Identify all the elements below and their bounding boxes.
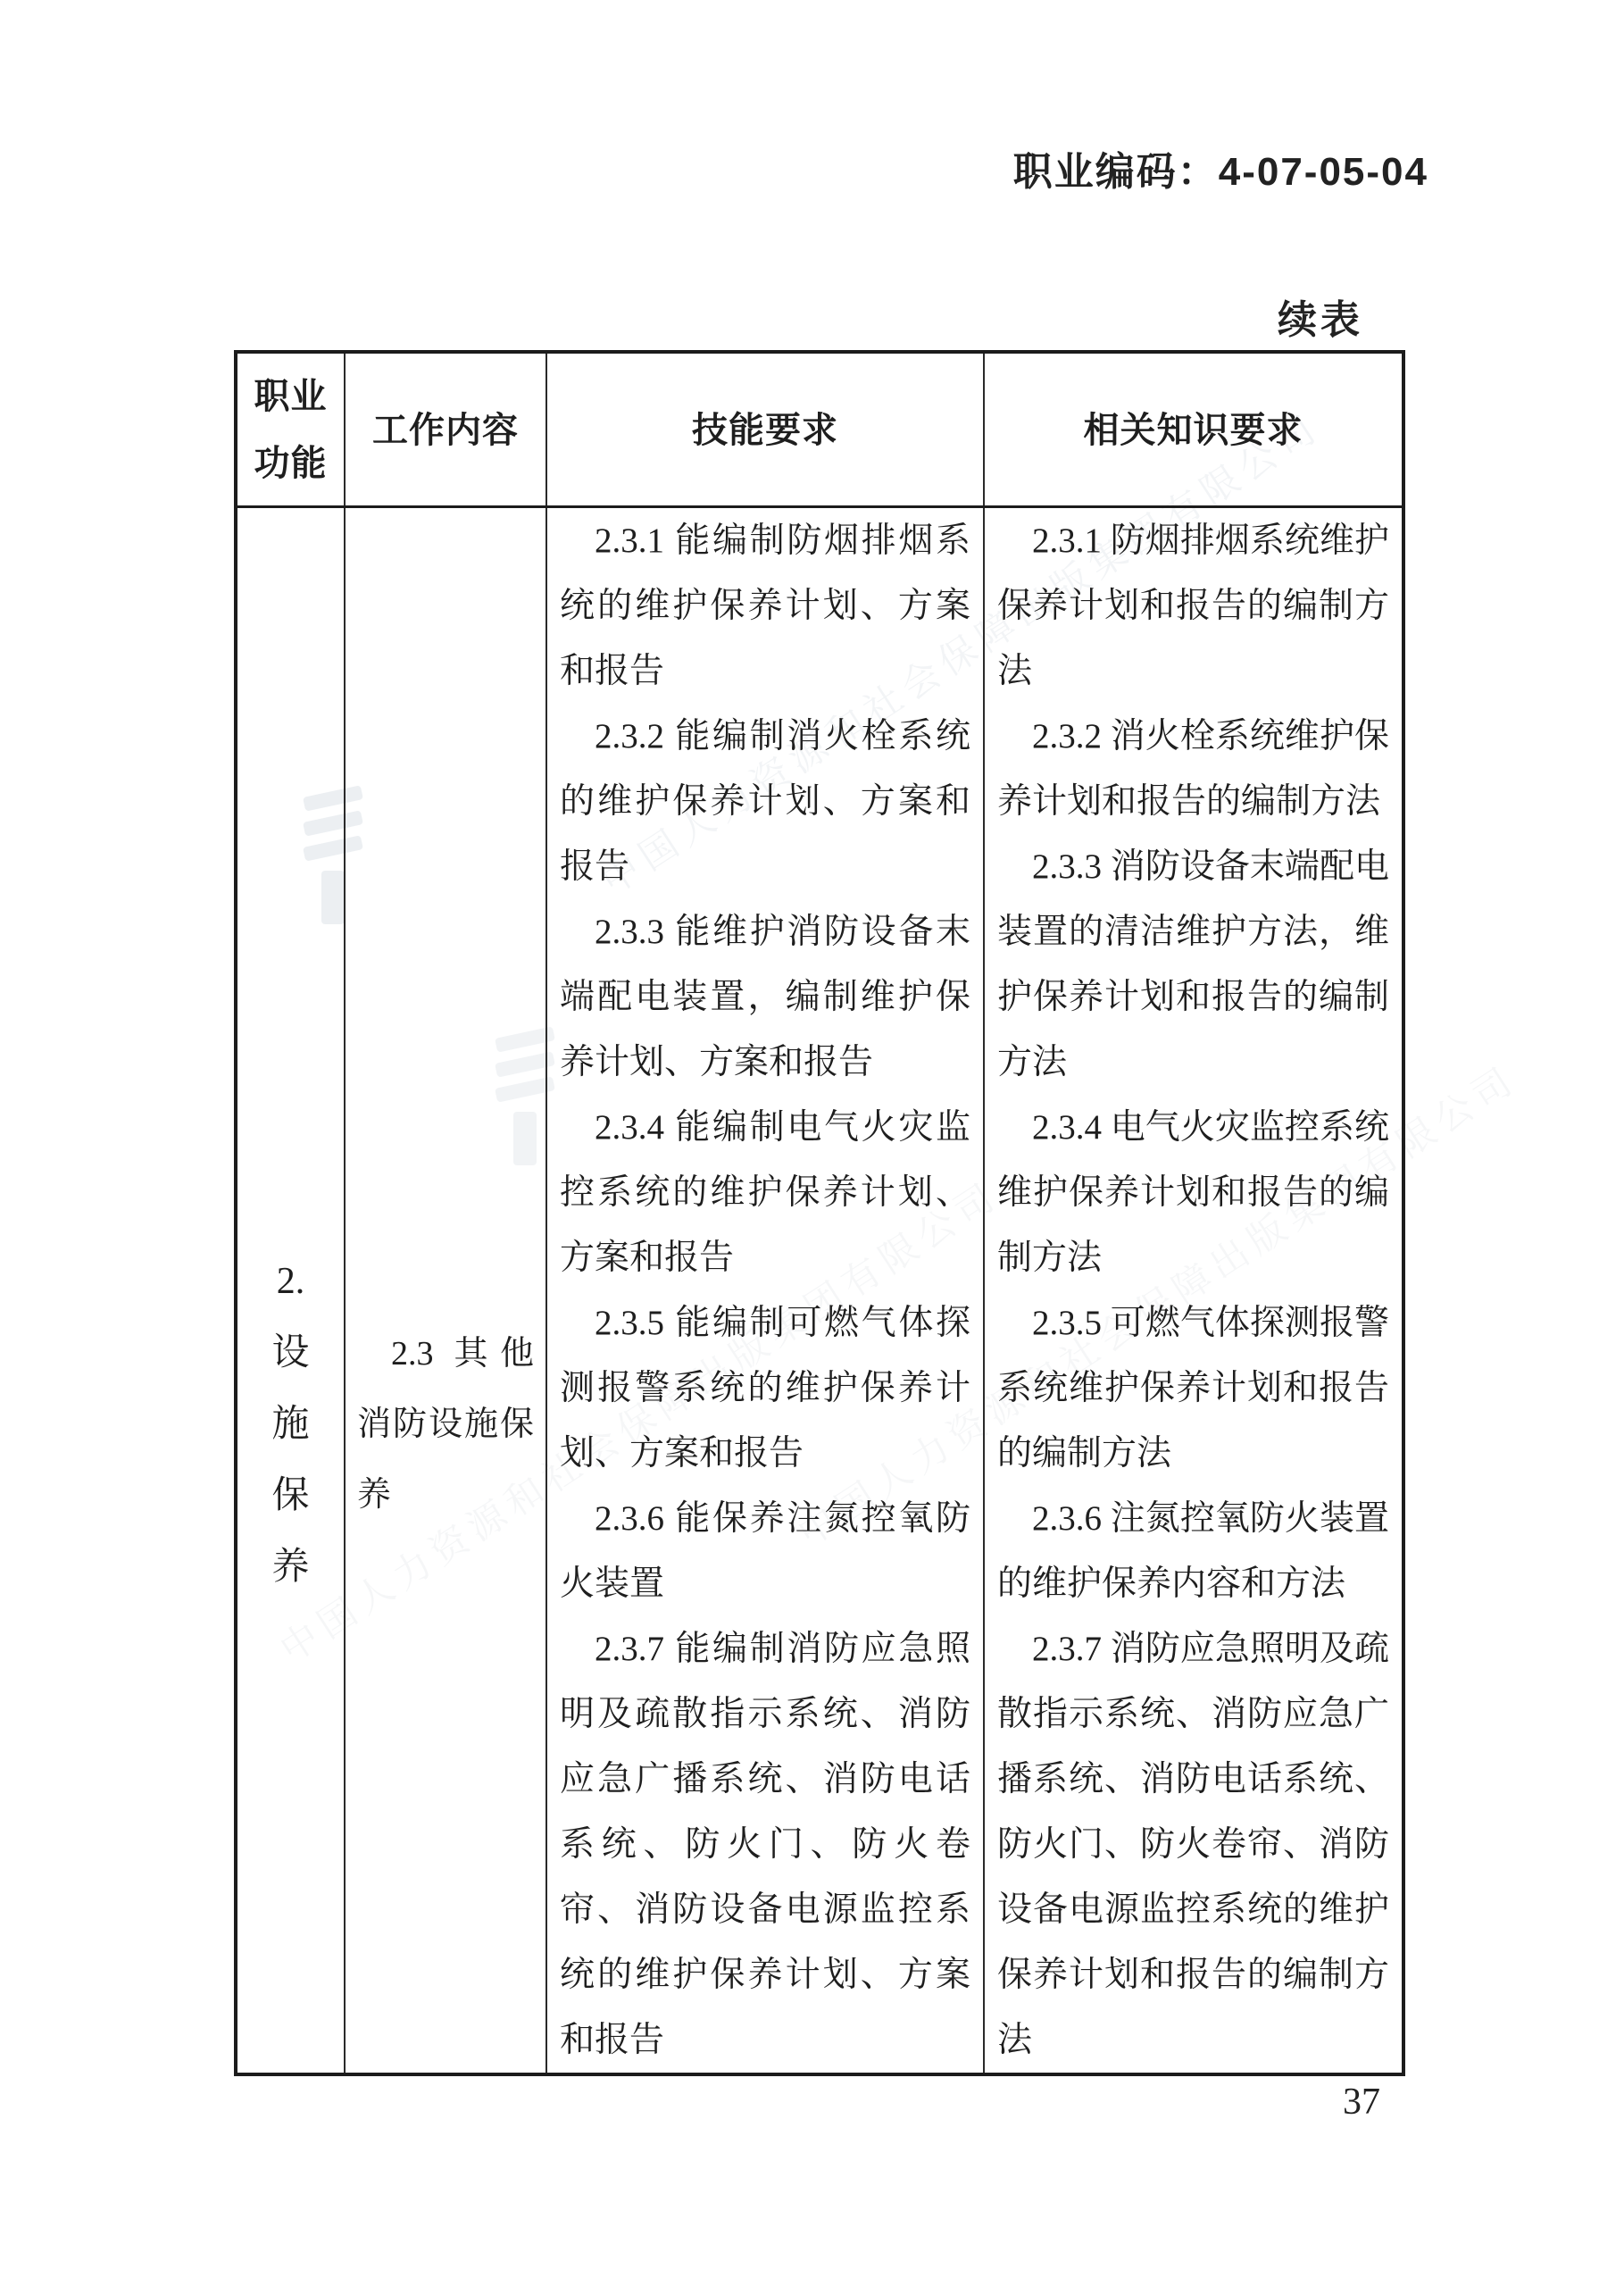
header-skill-requirements: 技能要求 [546, 352, 984, 507]
skills-cell: 2.3.1 能编制防烟排烟系统的维护保养计划、方案和报告 2.3.2 能编制消火… [546, 507, 984, 2075]
skill-item: 2.3.3 能维护消防设备末端配电装置，编制维护保养计划、方案和报告 [547, 899, 983, 1095]
header-work-content: 工作内容 [345, 352, 546, 507]
table-row: 2. 设 施 保 养 2.3 其他消防设施保养 2.3.1 能编制防烟排烟系统的… [236, 507, 1403, 2075]
knowledge-item: 2.3.7 消防应急照明及疏散指示系统、消防应急广播系统、消防电话系统、防火门、… [985, 1616, 1402, 2073]
header-knowledge-requirements: 相关知识要求 [984, 352, 1403, 507]
function-label: 2. 设 施 保 养 [237, 1246, 344, 1603]
knowledge-item: 2.3.5 可燃气体探测报警系统维护保养计划和报告的编制方法 [985, 1290, 1402, 1486]
knowledge-item: 2.3.6 注氮控氧防火装置的维护保养内容和方法 [985, 1486, 1402, 1616]
occupational-standard-table: 职业功能 工作内容 技能要求 相关知识要求 2. 设 施 保 养 2.3 其他消… [234, 350, 1405, 2076]
work-content-cell: 2.3 其他消防设施保养 [345, 507, 546, 2075]
skill-item: 2.3.1 能编制防烟排烟系统的维护保养计划、方案和报告 [547, 508, 983, 704]
skill-item: 2.3.7 能编制消防应急照明及疏散指示系统、消防应急广播系统、消防电话系统、防… [547, 1616, 983, 2073]
knowledge-item: 2.3.1 防烟排烟系统维护保养计划和报告的编制方法 [985, 508, 1402, 704]
knowledge-cell: 2.3.1 防烟排烟系统维护保养计划和报告的编制方法 2.3.2 消火栓系统维护… [984, 507, 1403, 2075]
occupation-code: 职业编码：4-07-05-04 [1013, 139, 1428, 196]
function-cell: 2. 设 施 保 养 [236, 507, 345, 2075]
document-page: 中国人力资源和社会保障出版集团有限公司 中国人力资源和社会保障出版集团有限公司 … [0, 0, 1624, 2278]
skill-item: 2.3.2 能编制消火栓系统的维护保养计划、方案和报告 [547, 704, 983, 899]
header-row: 职业功能 工作内容 技能要求 相关知识要求 [236, 352, 1403, 507]
page-number: 37 [1343, 2081, 1380, 2124]
skill-item: 2.3.6 能保养注氮控氧防火装置 [547, 1486, 983, 1616]
knowledge-item: 2.3.4 电气火灾监控系统维护保养计划和报告的编制方法 [985, 1095, 1402, 1290]
knowledge-item: 2.3.2 消火栓系统维护保养计划和报告的编制方法 [985, 704, 1402, 834]
work-content-text: 2.3 其他消防设施保养 [346, 1319, 545, 1531]
knowledge-item: 2.3.3 消防设备末端配电装置的清洁维护方法，维护保养计划和报告的编制方法 [985, 834, 1402, 1095]
skill-item: 2.3.4 能编制电气火灾监控系统的维护保养计划、方案和报告 [547, 1095, 983, 1290]
skill-item: 2.3.5 能编制可燃气体探测报警系统的维护保养计划、方案和报告 [547, 1290, 983, 1486]
continued-table-label: 续表 [1278, 288, 1363, 345]
header-occupational-function: 职业功能 [236, 352, 345, 507]
